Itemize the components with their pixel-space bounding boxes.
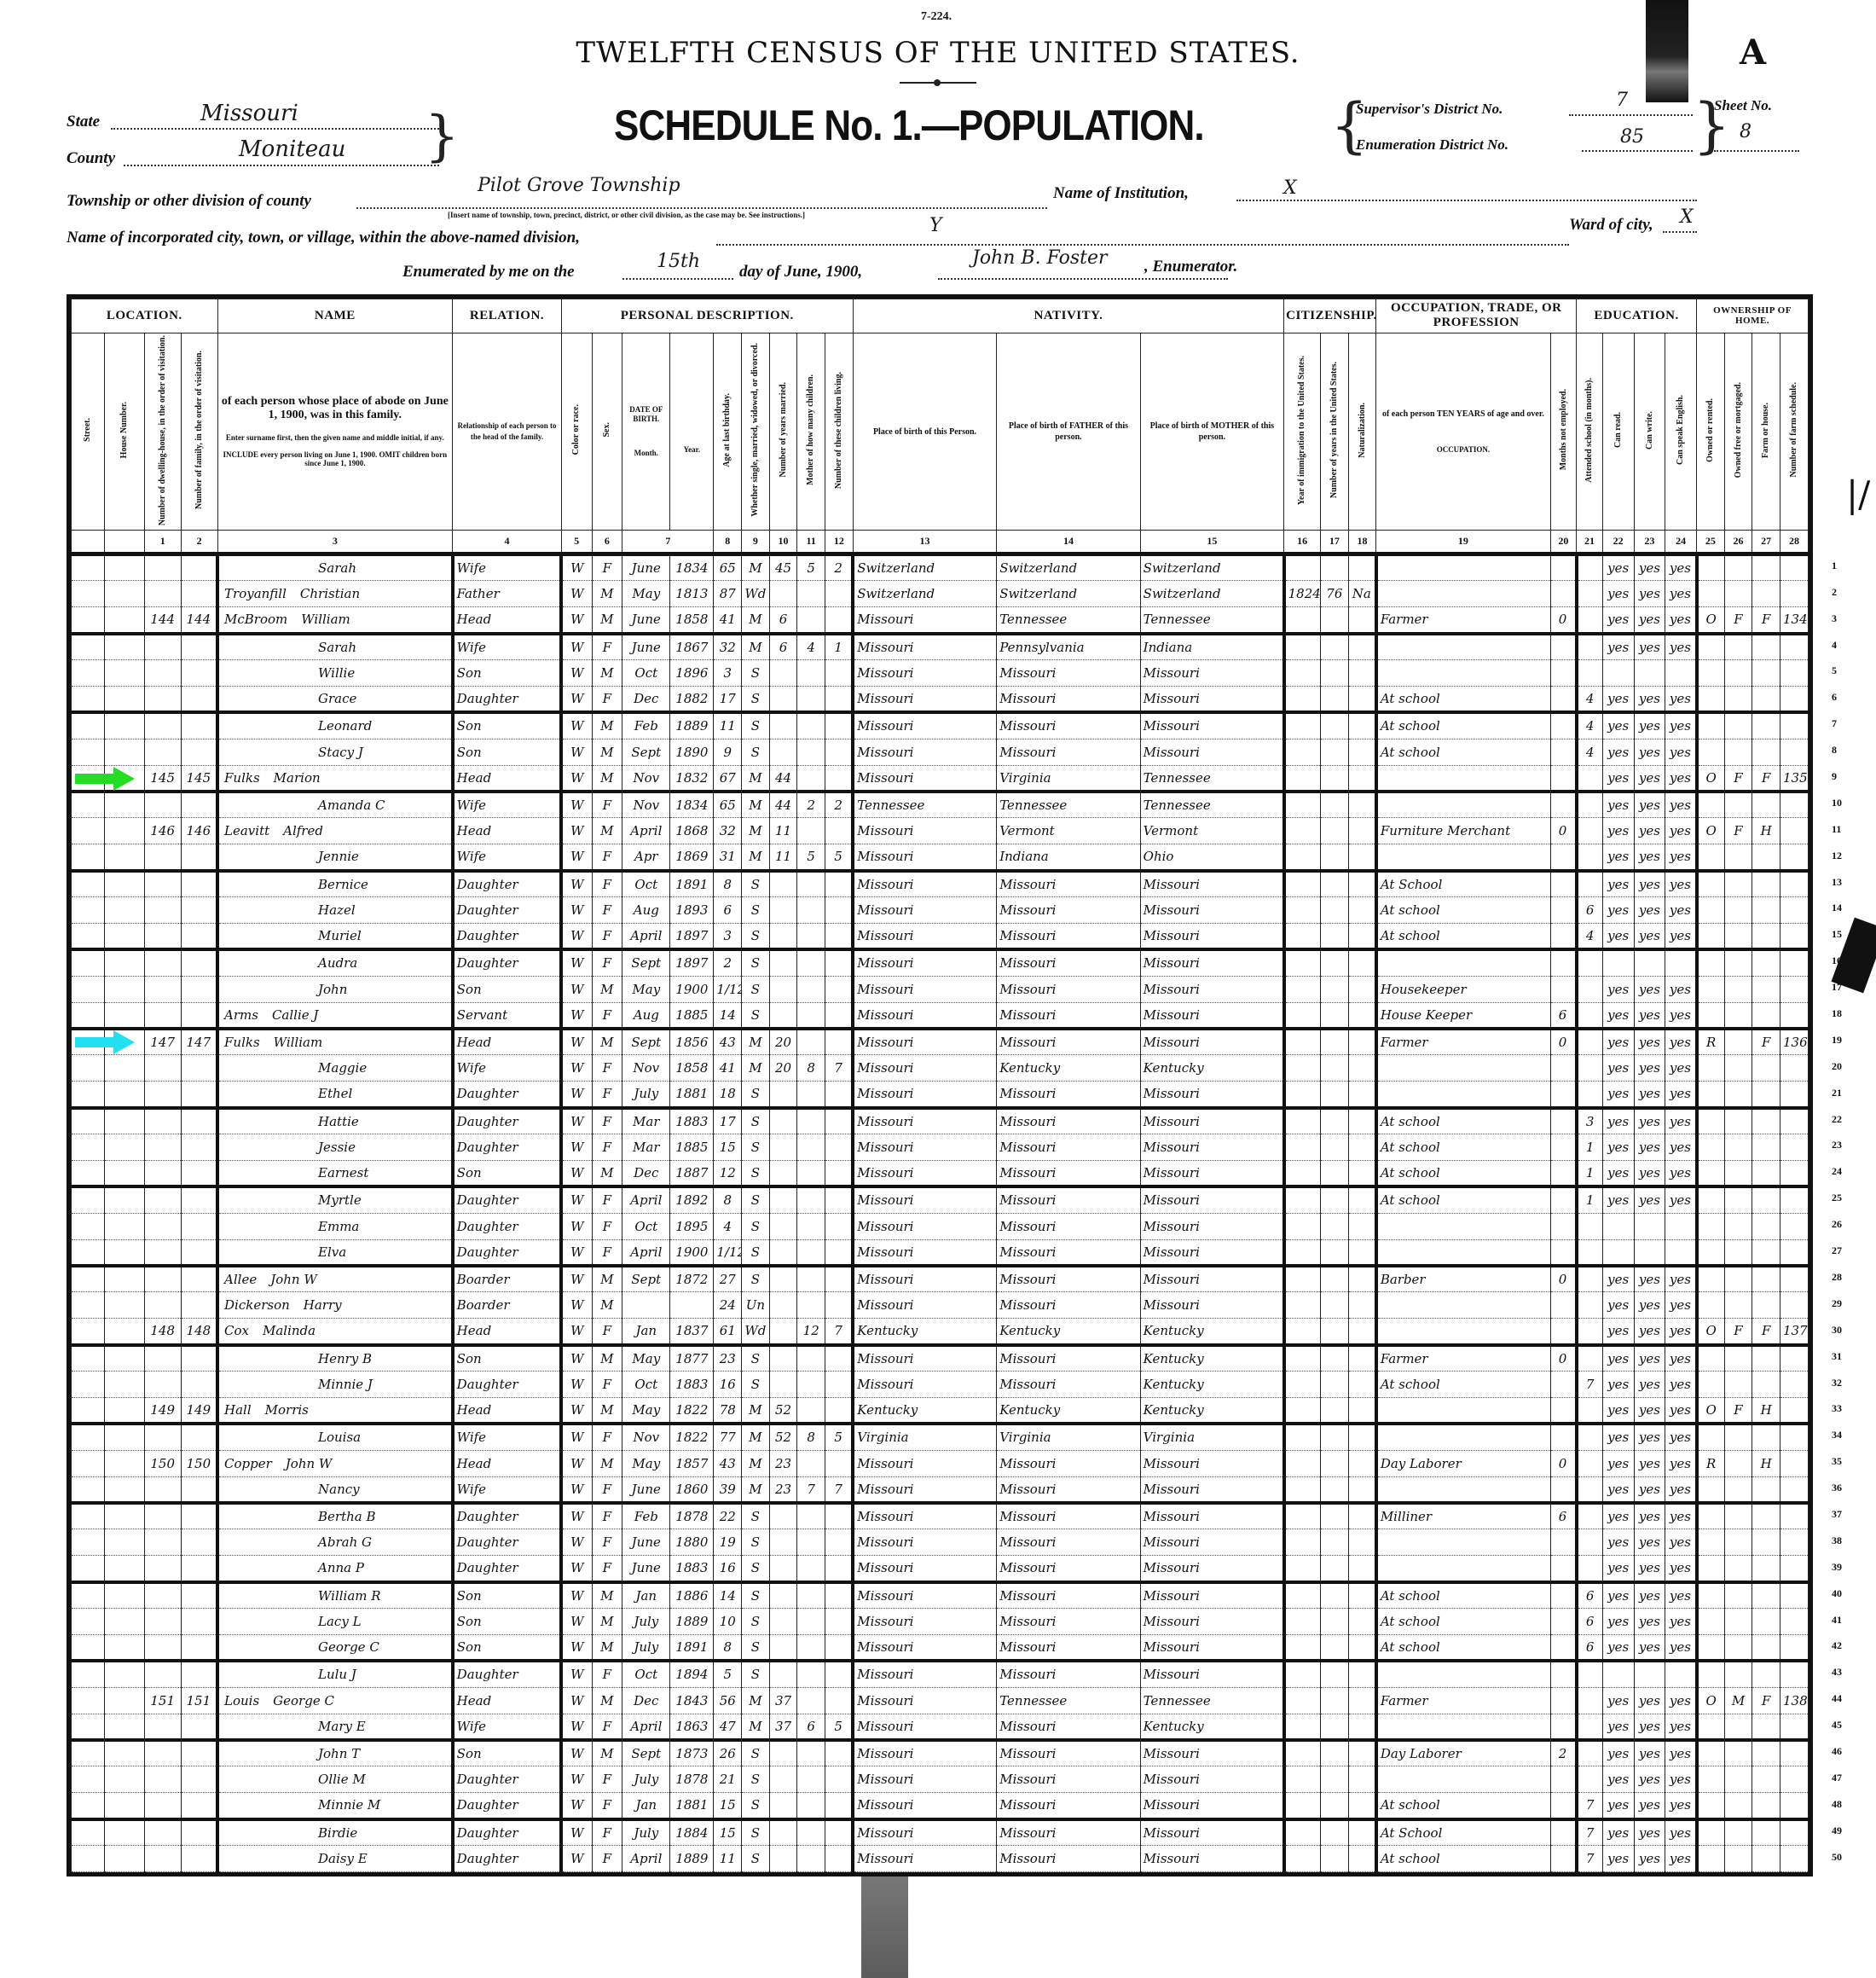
given-name: Jennie xyxy=(318,849,359,864)
house-cell xyxy=(104,1582,144,1609)
free-mortgaged-col: Owned free or mortgaged. xyxy=(1724,333,1752,531)
years-married-cell xyxy=(769,581,797,607)
naturalization-cell xyxy=(1348,1846,1376,1872)
months-unemployed-cell xyxy=(1550,712,1577,739)
month-cell: Mar xyxy=(622,1108,670,1134)
can-read-cell: yes xyxy=(1602,1687,1634,1714)
street-col: Street. xyxy=(72,333,105,531)
months-unemployed-cell xyxy=(1550,1160,1577,1186)
farm-schedule-cell xyxy=(1780,1450,1808,1476)
years-married-cell xyxy=(769,1345,797,1372)
age-cell: 41 xyxy=(714,607,742,634)
mother-birthplace-cell: Kentucky xyxy=(1140,1345,1283,1372)
school-months-cell: 1 xyxy=(1577,1160,1603,1186)
immigration-year-cell xyxy=(1284,1397,1321,1424)
family-cell xyxy=(181,1634,217,1661)
dwelling-cell xyxy=(144,1556,181,1582)
given-name: Jessie xyxy=(318,1140,356,1155)
can-speak-english-cell: yes xyxy=(1665,1819,1697,1846)
free-mortgaged-cell xyxy=(1724,844,1752,871)
free-mortgaged-cell xyxy=(1724,1372,1752,1398)
column-number: 4 xyxy=(453,531,562,554)
sex-cell: M xyxy=(592,1450,622,1476)
school-months-cell xyxy=(1577,634,1603,660)
can-read-cell: yes xyxy=(1602,581,1634,607)
owned-rented-cell xyxy=(1697,554,1725,581)
year-cell: 1887 xyxy=(670,1160,714,1186)
immigration-year-cell xyxy=(1284,1582,1321,1609)
person-name: Stacy J xyxy=(217,739,453,765)
months-unemployed-cell xyxy=(1550,1239,1577,1266)
years-in-us-cell xyxy=(1321,1345,1349,1372)
ink-blot xyxy=(1646,0,1688,102)
children-living-cell: 5 xyxy=(825,1424,854,1450)
naturalization-cell xyxy=(1348,1160,1376,1186)
column-number: 10 xyxy=(769,531,797,554)
month-cell: Nov xyxy=(622,1055,670,1082)
given-name: Muriel xyxy=(318,928,362,943)
sex-cell: M xyxy=(592,607,622,634)
enumerator-name: John B. Foster xyxy=(972,247,1108,269)
color-cell: W xyxy=(561,1846,592,1872)
can-speak-english-cell: yes xyxy=(1665,1740,1697,1766)
can-read-cell: yes xyxy=(1602,1556,1634,1582)
occupation-cell: Furniture Merchant xyxy=(1376,818,1550,844)
street-cell xyxy=(72,554,105,581)
mother-of-cell: 7 xyxy=(797,1476,825,1503)
can-speak-english-cell: yes xyxy=(1665,1582,1697,1609)
occupation-cell xyxy=(1376,1397,1550,1424)
occupation-cell: At school xyxy=(1376,1160,1550,1186)
age-cell: 39 xyxy=(714,1476,742,1503)
free-mortgaged-cell xyxy=(1724,1793,1752,1819)
column-number: 17 xyxy=(1321,531,1349,554)
census-row: Daisy EDaughterWFApril188911SMissouriMis… xyxy=(72,1846,1809,1872)
can-speak-english-cell xyxy=(1665,1661,1697,1687)
immigration-year-cell xyxy=(1284,1476,1321,1503)
school-months-cell xyxy=(1577,1424,1603,1450)
color-cell: W xyxy=(561,1002,592,1029)
mother-birthplace-cell: Switzerland xyxy=(1140,554,1283,581)
street-cell xyxy=(72,1372,105,1398)
can-read-cell: yes xyxy=(1602,1766,1634,1793)
street-cell xyxy=(72,818,105,844)
month-cell: Oct xyxy=(622,1213,670,1239)
birthplace-cell: Missouri xyxy=(853,1634,996,1661)
naturalization-cell xyxy=(1348,896,1376,923)
can-speak-english-cell: yes xyxy=(1665,607,1697,634)
can-write-cell: yes xyxy=(1634,1345,1665,1372)
education-header: EDUCATION. xyxy=(1577,299,1697,334)
dwelling-cell: 147 xyxy=(144,1029,181,1055)
years-in-us-col: Number of years in the United States. xyxy=(1321,333,1349,531)
mother-of-cell xyxy=(797,1082,825,1108)
months-unemployed-cell xyxy=(1550,1319,1577,1345)
dwelling-cell xyxy=(144,1476,181,1503)
occupation-cell: At school xyxy=(1376,1372,1550,1398)
immigration-year-cell xyxy=(1284,765,1321,792)
house-cell xyxy=(104,659,144,686)
line-number: 37 xyxy=(1832,1508,1842,1534)
color-cell: W xyxy=(561,1687,592,1714)
dwelling-cell xyxy=(144,1160,181,1186)
line-number: 41 xyxy=(1832,1614,1842,1640)
house-cell xyxy=(104,554,144,581)
color-cell: W xyxy=(561,1108,592,1134)
age-cell: 87 xyxy=(714,581,742,607)
dwelling-cell xyxy=(144,1634,181,1661)
house-cell xyxy=(104,1134,144,1160)
marital-cell: S xyxy=(742,659,770,686)
given-name: Nancy xyxy=(318,1482,360,1497)
line-number: 12 xyxy=(1832,850,1842,876)
father-birthplace-cell: Tennessee xyxy=(997,792,1140,818)
months-unemployed-cell xyxy=(1550,1108,1577,1134)
father-birthplace-cell: Kentucky xyxy=(997,1319,1140,1345)
birthplace-cell: Missouri xyxy=(853,1766,996,1793)
farm-house-cell xyxy=(1752,1213,1780,1239)
father-birthplace-cell: Missouri xyxy=(997,1029,1140,1055)
farm-schedule-cell xyxy=(1780,1213,1808,1239)
birthplace-cell: Missouri xyxy=(853,1740,996,1766)
years-married-cell xyxy=(769,1793,797,1819)
years-married-cell xyxy=(769,739,797,765)
house-cell xyxy=(104,1108,144,1134)
person-name: FulksWilliam xyxy=(217,1029,453,1055)
can-speak-english-cell: yes xyxy=(1665,712,1697,739)
can-speak-english-cell: yes xyxy=(1665,686,1697,712)
age-cell: 9 xyxy=(714,739,742,765)
years-in-us-cell xyxy=(1321,686,1349,712)
can-read-cell: yes xyxy=(1602,1055,1634,1082)
owned-rented-cell xyxy=(1697,1846,1725,1872)
farm-house-cell xyxy=(1752,1740,1780,1766)
year-cell: 1882 xyxy=(670,686,714,712)
years-married-cell: 44 xyxy=(769,792,797,818)
family-cell xyxy=(181,1714,217,1740)
school-months-cell xyxy=(1577,1213,1603,1239)
year-cell: 1880 xyxy=(670,1529,714,1556)
street-cell xyxy=(72,739,105,765)
line-number: 27 xyxy=(1832,1244,1842,1271)
years-married-cell: 20 xyxy=(769,1055,797,1082)
years-in-us-cell: 76 xyxy=(1321,581,1349,607)
street-cell xyxy=(72,1134,105,1160)
free-mortgaged-cell xyxy=(1724,1819,1752,1846)
color-cell: W xyxy=(561,1556,592,1582)
children-living-cell xyxy=(825,1397,854,1424)
sex-cell: M xyxy=(592,1397,622,1424)
father-birthplace-cell: Missouri xyxy=(997,1002,1140,1029)
house-cell xyxy=(104,1397,144,1424)
line-number: 47 xyxy=(1832,1772,1842,1798)
naturalization-cell xyxy=(1348,1397,1376,1424)
township-line xyxy=(356,207,1047,209)
immigration-year-cell xyxy=(1284,1661,1321,1687)
street-cell xyxy=(72,1082,105,1108)
owned-rented-cell xyxy=(1697,1345,1725,1372)
years-married-cell xyxy=(769,712,797,739)
immigration-year-cell xyxy=(1284,818,1321,844)
year-cell: 1886 xyxy=(670,1582,714,1609)
given-name: George C xyxy=(273,1693,334,1708)
can-read-cell: yes xyxy=(1602,1372,1634,1398)
year-cell: 1822 xyxy=(670,1424,714,1450)
father-birthplace-cell: Missouri xyxy=(997,896,1140,923)
year-cell: 1885 xyxy=(670,1134,714,1160)
occupation-col: of each person TEN YEARS of age and over… xyxy=(1376,333,1550,531)
column-number: 19 xyxy=(1376,531,1550,554)
age-cell: 17 xyxy=(714,686,742,712)
mother-of-cell xyxy=(797,1687,825,1714)
year-cell: 1889 xyxy=(670,712,714,739)
given-name: Abrah G xyxy=(318,1534,372,1550)
year-cell: 1892 xyxy=(670,1186,714,1213)
school-months-cell: 4 xyxy=(1577,712,1603,739)
person-name: Minnie J xyxy=(217,1372,453,1398)
street-cell xyxy=(72,1108,105,1134)
enum-district-label: Enumeration District No. xyxy=(1356,136,1508,154)
dwelling-cell xyxy=(144,976,181,1002)
column-number: 27 xyxy=(1752,531,1780,554)
farm-house-cell: F xyxy=(1752,607,1780,634)
relation-cell: Father xyxy=(453,581,562,607)
surname: Leavitt xyxy=(224,823,269,838)
house-cell xyxy=(104,607,144,634)
years-in-us-cell xyxy=(1321,1160,1349,1186)
given-name: Anna P xyxy=(318,1560,364,1575)
marital-cell: S xyxy=(742,1186,770,1213)
children-living-cell xyxy=(825,949,854,976)
children-living-cell xyxy=(825,1503,854,1529)
years-married-cell xyxy=(769,1740,797,1766)
marital-cell: S xyxy=(742,1160,770,1186)
owned-rented-cell xyxy=(1697,1609,1725,1635)
color-cell: W xyxy=(561,1661,592,1687)
dwelling-cell: 150 xyxy=(144,1450,181,1476)
mother-of-cell xyxy=(797,1529,825,1556)
years-in-us-cell xyxy=(1321,1582,1349,1609)
census-row: George CSonWMJuly18918SMissouriMissouriM… xyxy=(72,1634,1809,1661)
naturalization-cell xyxy=(1348,1714,1376,1740)
months-unemployed-cell xyxy=(1550,554,1577,581)
school-months-cell xyxy=(1577,844,1603,871)
can-write-cell: yes xyxy=(1634,686,1665,712)
street-cell xyxy=(72,634,105,660)
occupation-cell: At school xyxy=(1376,896,1550,923)
birthplace-cell: Missouri xyxy=(853,712,996,739)
free-mortgaged-cell xyxy=(1724,896,1752,923)
color-cell: W xyxy=(561,1582,592,1609)
line-number: 6 xyxy=(1832,691,1842,717)
given-name: Maggie xyxy=(318,1060,367,1076)
family-cell xyxy=(181,1372,217,1398)
naturalization-cell xyxy=(1348,1687,1376,1714)
mother-of-cell: 6 xyxy=(797,1714,825,1740)
free-mortgaged-cell xyxy=(1724,1424,1752,1450)
can-speak-english-cell: yes xyxy=(1665,1186,1697,1213)
marital-cell: S xyxy=(742,1819,770,1846)
birthplace-cell: Missouri xyxy=(853,1476,996,1503)
can-speak-english-cell: yes xyxy=(1665,765,1697,792)
farm-schedule-cell xyxy=(1780,1819,1808,1846)
house-cell xyxy=(104,792,144,818)
person-name: Elva xyxy=(217,1239,453,1266)
institution-value: X xyxy=(1283,177,1297,199)
relation-cell: Daughter xyxy=(453,1846,562,1872)
month-cell: July xyxy=(622,1082,670,1108)
age-cell: 24 xyxy=(714,1292,742,1319)
farm-schedule-cell xyxy=(1780,1766,1808,1793)
immigration-year-cell xyxy=(1284,1793,1321,1819)
color-cell: W xyxy=(561,1793,592,1819)
can-write-cell xyxy=(1634,1213,1665,1239)
age-cell: 1/12 xyxy=(714,1239,742,1266)
free-mortgaged-cell xyxy=(1724,1160,1752,1186)
family-cell xyxy=(181,581,217,607)
owned-rented-cell xyxy=(1697,844,1725,871)
house-cell xyxy=(104,1476,144,1503)
line-number: 18 xyxy=(1832,1007,1842,1034)
house-cell xyxy=(104,1424,144,1450)
naturalization-cell xyxy=(1348,1055,1376,1082)
father-birthplace-cell: Missouri xyxy=(997,686,1140,712)
street-cell xyxy=(72,1766,105,1793)
farm-house-cell xyxy=(1752,659,1780,686)
column-number: 7 xyxy=(622,531,714,554)
age-cell: 31 xyxy=(714,844,742,871)
color-cell: W xyxy=(561,554,592,581)
line-number: 31 xyxy=(1832,1350,1842,1377)
line-number: 24 xyxy=(1832,1165,1842,1192)
census-row: 150150CopperJohn WHeadWMMay185743M23Miss… xyxy=(72,1450,1809,1476)
occupation-cell xyxy=(1376,765,1550,792)
owned-rented-cell: O xyxy=(1697,607,1725,634)
can-read-cell: yes xyxy=(1602,1082,1634,1108)
mother-of-cell xyxy=(797,1450,825,1476)
occupation-cell: At school xyxy=(1376,923,1550,949)
free-mortgaged-cell xyxy=(1724,1609,1752,1635)
school-months-cell xyxy=(1577,976,1603,1002)
line-number: 23 xyxy=(1832,1139,1842,1165)
owned-rented-col: Owned or rented. xyxy=(1697,333,1725,531)
years-in-us-cell xyxy=(1321,1634,1349,1661)
children-living-cell xyxy=(825,1819,854,1846)
naturalization-cell xyxy=(1348,686,1376,712)
year-cell: 1857 xyxy=(670,1450,714,1476)
owned-rented-cell xyxy=(1697,976,1725,1002)
school-months-cell: 1 xyxy=(1577,1134,1603,1160)
years-married-cell: 37 xyxy=(769,1714,797,1740)
surname: Copper xyxy=(224,1456,272,1471)
year-cell: 1834 xyxy=(670,792,714,818)
occupation-cell: At school xyxy=(1376,1582,1550,1609)
farm-schedule-cell xyxy=(1780,792,1808,818)
mother-birthplace-cell: Missouri xyxy=(1140,1503,1283,1529)
naturalization-cell xyxy=(1348,1186,1376,1213)
family-cell: 145 xyxy=(181,765,217,792)
mother-of-cell: 8 xyxy=(797,1424,825,1450)
given-name: Earnest xyxy=(318,1165,368,1180)
years-married-cell: 20 xyxy=(769,1029,797,1055)
naturalization-cell xyxy=(1348,844,1376,871)
marital-cell: S xyxy=(742,1529,770,1556)
children-living-cell: 7 xyxy=(825,1319,854,1345)
children-living-cell xyxy=(825,1687,854,1714)
children-living-cell xyxy=(825,739,854,765)
months-unemployed-cell: 0 xyxy=(1550,1266,1577,1292)
year-cell: 1863 xyxy=(670,1714,714,1740)
marital-cell: M xyxy=(742,765,770,792)
line-number: 7 xyxy=(1832,717,1842,744)
naturalization-cell xyxy=(1348,871,1376,897)
family-col: Number of family, in the order of visita… xyxy=(181,333,217,531)
line-number: 13 xyxy=(1832,876,1842,902)
years-in-us-cell xyxy=(1321,1424,1349,1450)
mother-of-cell xyxy=(797,686,825,712)
month-cell: Sept xyxy=(622,1740,670,1766)
street-cell xyxy=(72,581,105,607)
children-living-cell xyxy=(825,871,854,897)
person-name: AlleeJohn W xyxy=(217,1266,453,1292)
dwelling-cell xyxy=(144,1714,181,1740)
immigration-year-cell xyxy=(1284,739,1321,765)
mother-birthplace-cell: Indiana xyxy=(1140,634,1283,660)
owned-rented-cell xyxy=(1697,581,1725,607)
school-months-cell: 7 xyxy=(1577,1793,1603,1819)
township-value: Pilot Grove Township xyxy=(478,175,680,196)
birthplace-cell: Missouri xyxy=(853,844,996,871)
school-months-cell xyxy=(1577,1029,1603,1055)
occupation-cell: House Keeper xyxy=(1376,1002,1550,1029)
years-married-cell xyxy=(769,1319,797,1345)
institution-line xyxy=(1236,200,1697,201)
can-write-cell: yes xyxy=(1634,1186,1665,1213)
house-cell xyxy=(104,896,144,923)
relation-cell: Head xyxy=(453,1397,562,1424)
family-cell: 144 xyxy=(181,607,217,634)
school-months-cell: 4 xyxy=(1577,686,1603,712)
sex-cell: F xyxy=(592,1319,622,1345)
age-cell: 15 xyxy=(714,1134,742,1160)
children-living-cell xyxy=(825,1609,854,1635)
house-cell xyxy=(104,1292,144,1319)
ward-label: Ward of city, xyxy=(1569,216,1653,235)
person-name: Leonard xyxy=(217,712,453,739)
street-cell xyxy=(72,1846,105,1872)
can-speak-english-cell: yes xyxy=(1665,1609,1697,1635)
children-living-cell xyxy=(825,1582,854,1609)
house-cell xyxy=(104,1714,144,1740)
school-months-cell: 6 xyxy=(1577,1634,1603,1661)
street-cell xyxy=(72,871,105,897)
occupation-cell xyxy=(1376,581,1550,607)
mother-birthplace-cell: Ohio xyxy=(1140,844,1283,871)
farm-house-cell xyxy=(1752,1819,1780,1846)
naturalization-cell xyxy=(1348,1082,1376,1108)
month-cell: June xyxy=(622,1556,670,1582)
occupation-cell: At school xyxy=(1376,739,1550,765)
color-cell: W xyxy=(561,1239,592,1266)
mother-of-cell xyxy=(797,712,825,739)
street-cell xyxy=(72,1476,105,1503)
mother-birthplace-cell: Missouri xyxy=(1140,1740,1283,1766)
can-write-cell: yes xyxy=(1634,1319,1665,1345)
sex-cell: M xyxy=(592,1740,622,1766)
month-cell: June xyxy=(622,554,670,581)
can-speak-english-cell: yes xyxy=(1665,976,1697,1002)
surname: Troyanfill xyxy=(224,586,287,601)
